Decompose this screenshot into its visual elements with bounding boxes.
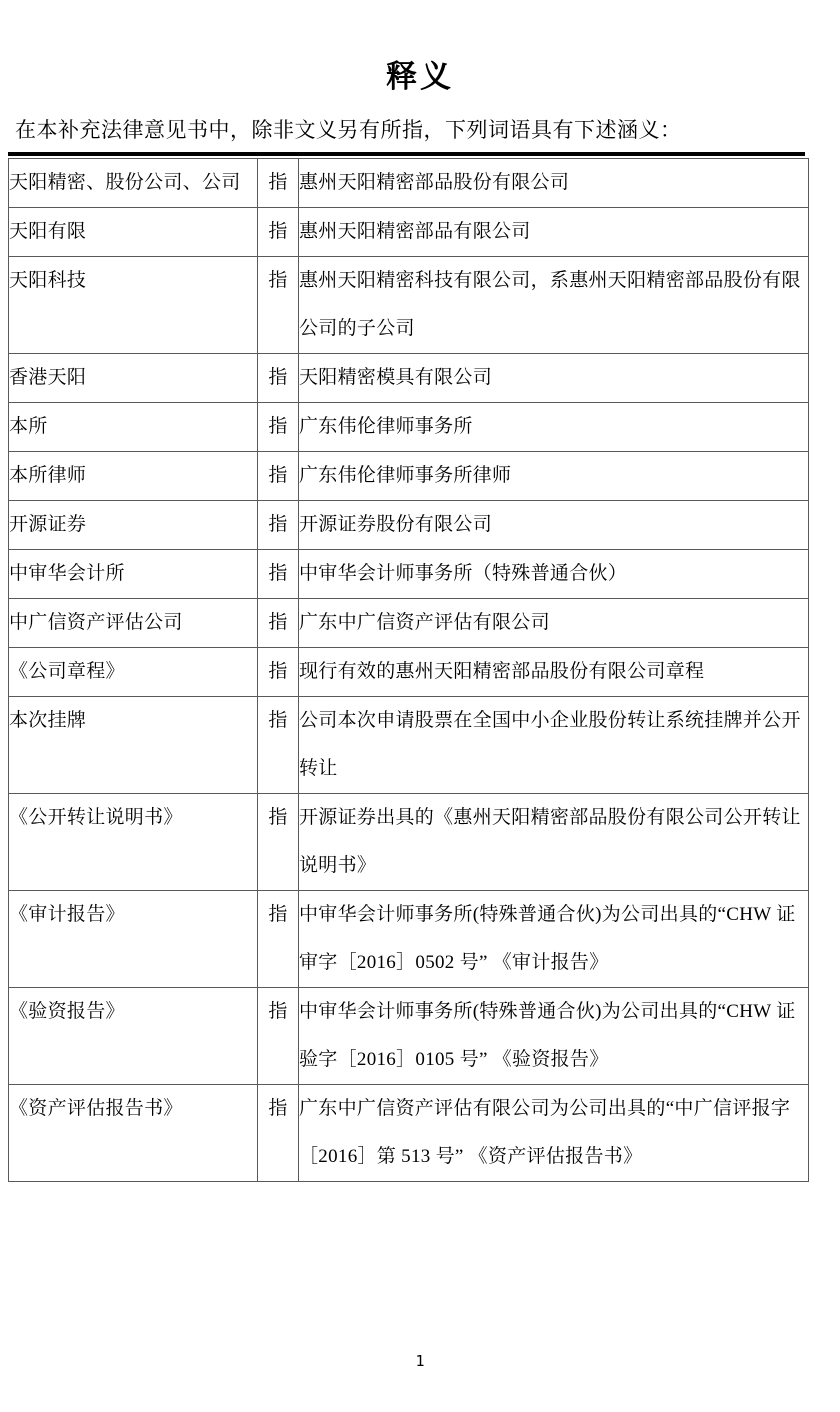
table-row: 中审华会计所指中审华会计师事务所（特殊普通合伙） [9, 550, 809, 599]
zhi-cell: 指 [258, 257, 299, 354]
table-row: 本所律师指广东伟伦律师事务所律师 [9, 452, 809, 501]
definitions-table-body: 天阳精密、股份公司、公司指惠州天阳精密部品股份有限公司天阳有限指惠州天阳精密部品… [9, 159, 809, 1182]
table-row: 《审计报告》指中审华会计师事务所(特殊普通合伙)为公司出具的“CHW 证审字［2… [9, 891, 809, 988]
term-cell: 天阳精密、股份公司、公司 [9, 159, 258, 208]
term-cell: 《公司章程》 [9, 648, 258, 697]
definition-cell: 广东中广信资产评估有限公司 [299, 599, 809, 648]
definition-cell: 广东伟伦律师事务所 [299, 403, 809, 452]
zhi-cell: 指 [258, 988, 299, 1085]
definition-cell: 中审华会计师事务所(特殊普通合伙)为公司出具的“CHW 证审字［2016］050… [299, 891, 809, 988]
zhi-cell: 指 [258, 599, 299, 648]
definition-cell: 中审华会计师事务所（特殊普通合伙） [299, 550, 809, 599]
zhi-cell: 指 [258, 354, 299, 403]
term-cell: 本所律师 [9, 452, 258, 501]
definition-cell: 惠州天阳精密部品有限公司 [299, 208, 809, 257]
definition-cell: 惠州天阳精密部品股份有限公司 [299, 159, 809, 208]
page-number: 1 [0, 1352, 840, 1370]
term-cell: 《审计报告》 [9, 891, 258, 988]
term-cell: 开源证券 [9, 501, 258, 550]
term-cell: 本所 [9, 403, 258, 452]
definition-cell: 广东伟伦律师事务所律师 [299, 452, 809, 501]
table-row: 香港天阳指天阳精密模具有限公司 [9, 354, 809, 403]
table-row: 天阳科技指惠州天阳精密科技有限公司，系惠州天阳精密部品股份有限公司的子公司 [9, 257, 809, 354]
table-row: 本所指广东伟伦律师事务所 [9, 403, 809, 452]
term-cell: 中广信资产评估公司 [9, 599, 258, 648]
table-row: 《公开转让说明书》指开源证券出具的《惠州天阳精密部品股份有限公司公开转让说明书》 [9, 794, 809, 891]
zhi-cell: 指 [258, 1085, 299, 1182]
definition-cell: 中审华会计师事务所(特殊普通合伙)为公司出具的“CHW 证验字［2016］010… [299, 988, 809, 1085]
term-cell: 本次挂牌 [9, 697, 258, 794]
zhi-cell: 指 [258, 159, 299, 208]
zhi-cell: 指 [258, 648, 299, 697]
term-cell: 中审华会计所 [9, 550, 258, 599]
definition-cell: 开源证券股份有限公司 [299, 501, 809, 550]
zhi-cell: 指 [258, 403, 299, 452]
definition-cell: 惠州天阳精密科技有限公司，系惠州天阳精密部品股份有限公司的子公司 [299, 257, 809, 354]
term-cell: 天阳科技 [9, 257, 258, 354]
table-row: 《验资报告》指中审华会计师事务所(特殊普通合伙)为公司出具的“CHW 证验字［2… [9, 988, 809, 1085]
zhi-cell: 指 [258, 208, 299, 257]
document-page: 释义 在本补充法律意见书中，除非文义另有所指，下列词语具有下述涵义： 天阳精密、… [0, 0, 840, 1412]
definition-cell: 开源证券出具的《惠州天阳精密部品股份有限公司公开转让说明书》 [299, 794, 809, 891]
zhi-cell: 指 [258, 452, 299, 501]
term-cell: 《资产评估报告书》 [9, 1085, 258, 1182]
table-row: 《公司章程》指现行有效的惠州天阳精密部品股份有限公司章程 [9, 648, 809, 697]
intro-text: 在本补充法律意见书中，除非文义另有所指，下列词语具有下述涵义： [15, 114, 810, 146]
table-row: 本次挂牌指公司本次申请股票在全国中小企业股份转让系统挂牌并公开转让 [9, 697, 809, 794]
term-cell: 《公开转让说明书》 [9, 794, 258, 891]
definitions-table: 天阳精密、股份公司、公司指惠州天阳精密部品股份有限公司天阳有限指惠州天阳精密部品… [8, 152, 805, 1182]
table-row: 中广信资产评估公司指广东中广信资产评估有限公司 [9, 599, 809, 648]
table-row: 开源证券指开源证券股份有限公司 [9, 501, 809, 550]
definition-cell: 公司本次申请股票在全国中小企业股份转让系统挂牌并公开转让 [299, 697, 809, 794]
definition-cell: 现行有效的惠州天阳精密部品股份有限公司章程 [299, 648, 809, 697]
zhi-cell: 指 [258, 697, 299, 794]
page-title: 释义 [0, 0, 840, 100]
zhi-cell: 指 [258, 501, 299, 550]
table-row: 《资产评估报告书》指广东中广信资产评估有限公司为公司出具的“中广信评报字［201… [9, 1085, 809, 1182]
term-cell: 《验资报告》 [9, 988, 258, 1085]
definition-cell: 广东中广信资产评估有限公司为公司出具的“中广信评报字［2016］第 513 号”… [299, 1085, 809, 1182]
zhi-cell: 指 [258, 891, 299, 988]
definitions-table-grid: 天阳精密、股份公司、公司指惠州天阳精密部品股份有限公司天阳有限指惠州天阳精密部品… [8, 158, 809, 1182]
table-row: 天阳精密、股份公司、公司指惠州天阳精密部品股份有限公司 [9, 159, 809, 208]
term-cell: 天阳有限 [9, 208, 258, 257]
table-row: 天阳有限指惠州天阳精密部品有限公司 [9, 208, 809, 257]
zhi-cell: 指 [258, 550, 299, 599]
zhi-cell: 指 [258, 794, 299, 891]
definition-cell: 天阳精密模具有限公司 [299, 354, 809, 403]
term-cell: 香港天阳 [9, 354, 258, 403]
